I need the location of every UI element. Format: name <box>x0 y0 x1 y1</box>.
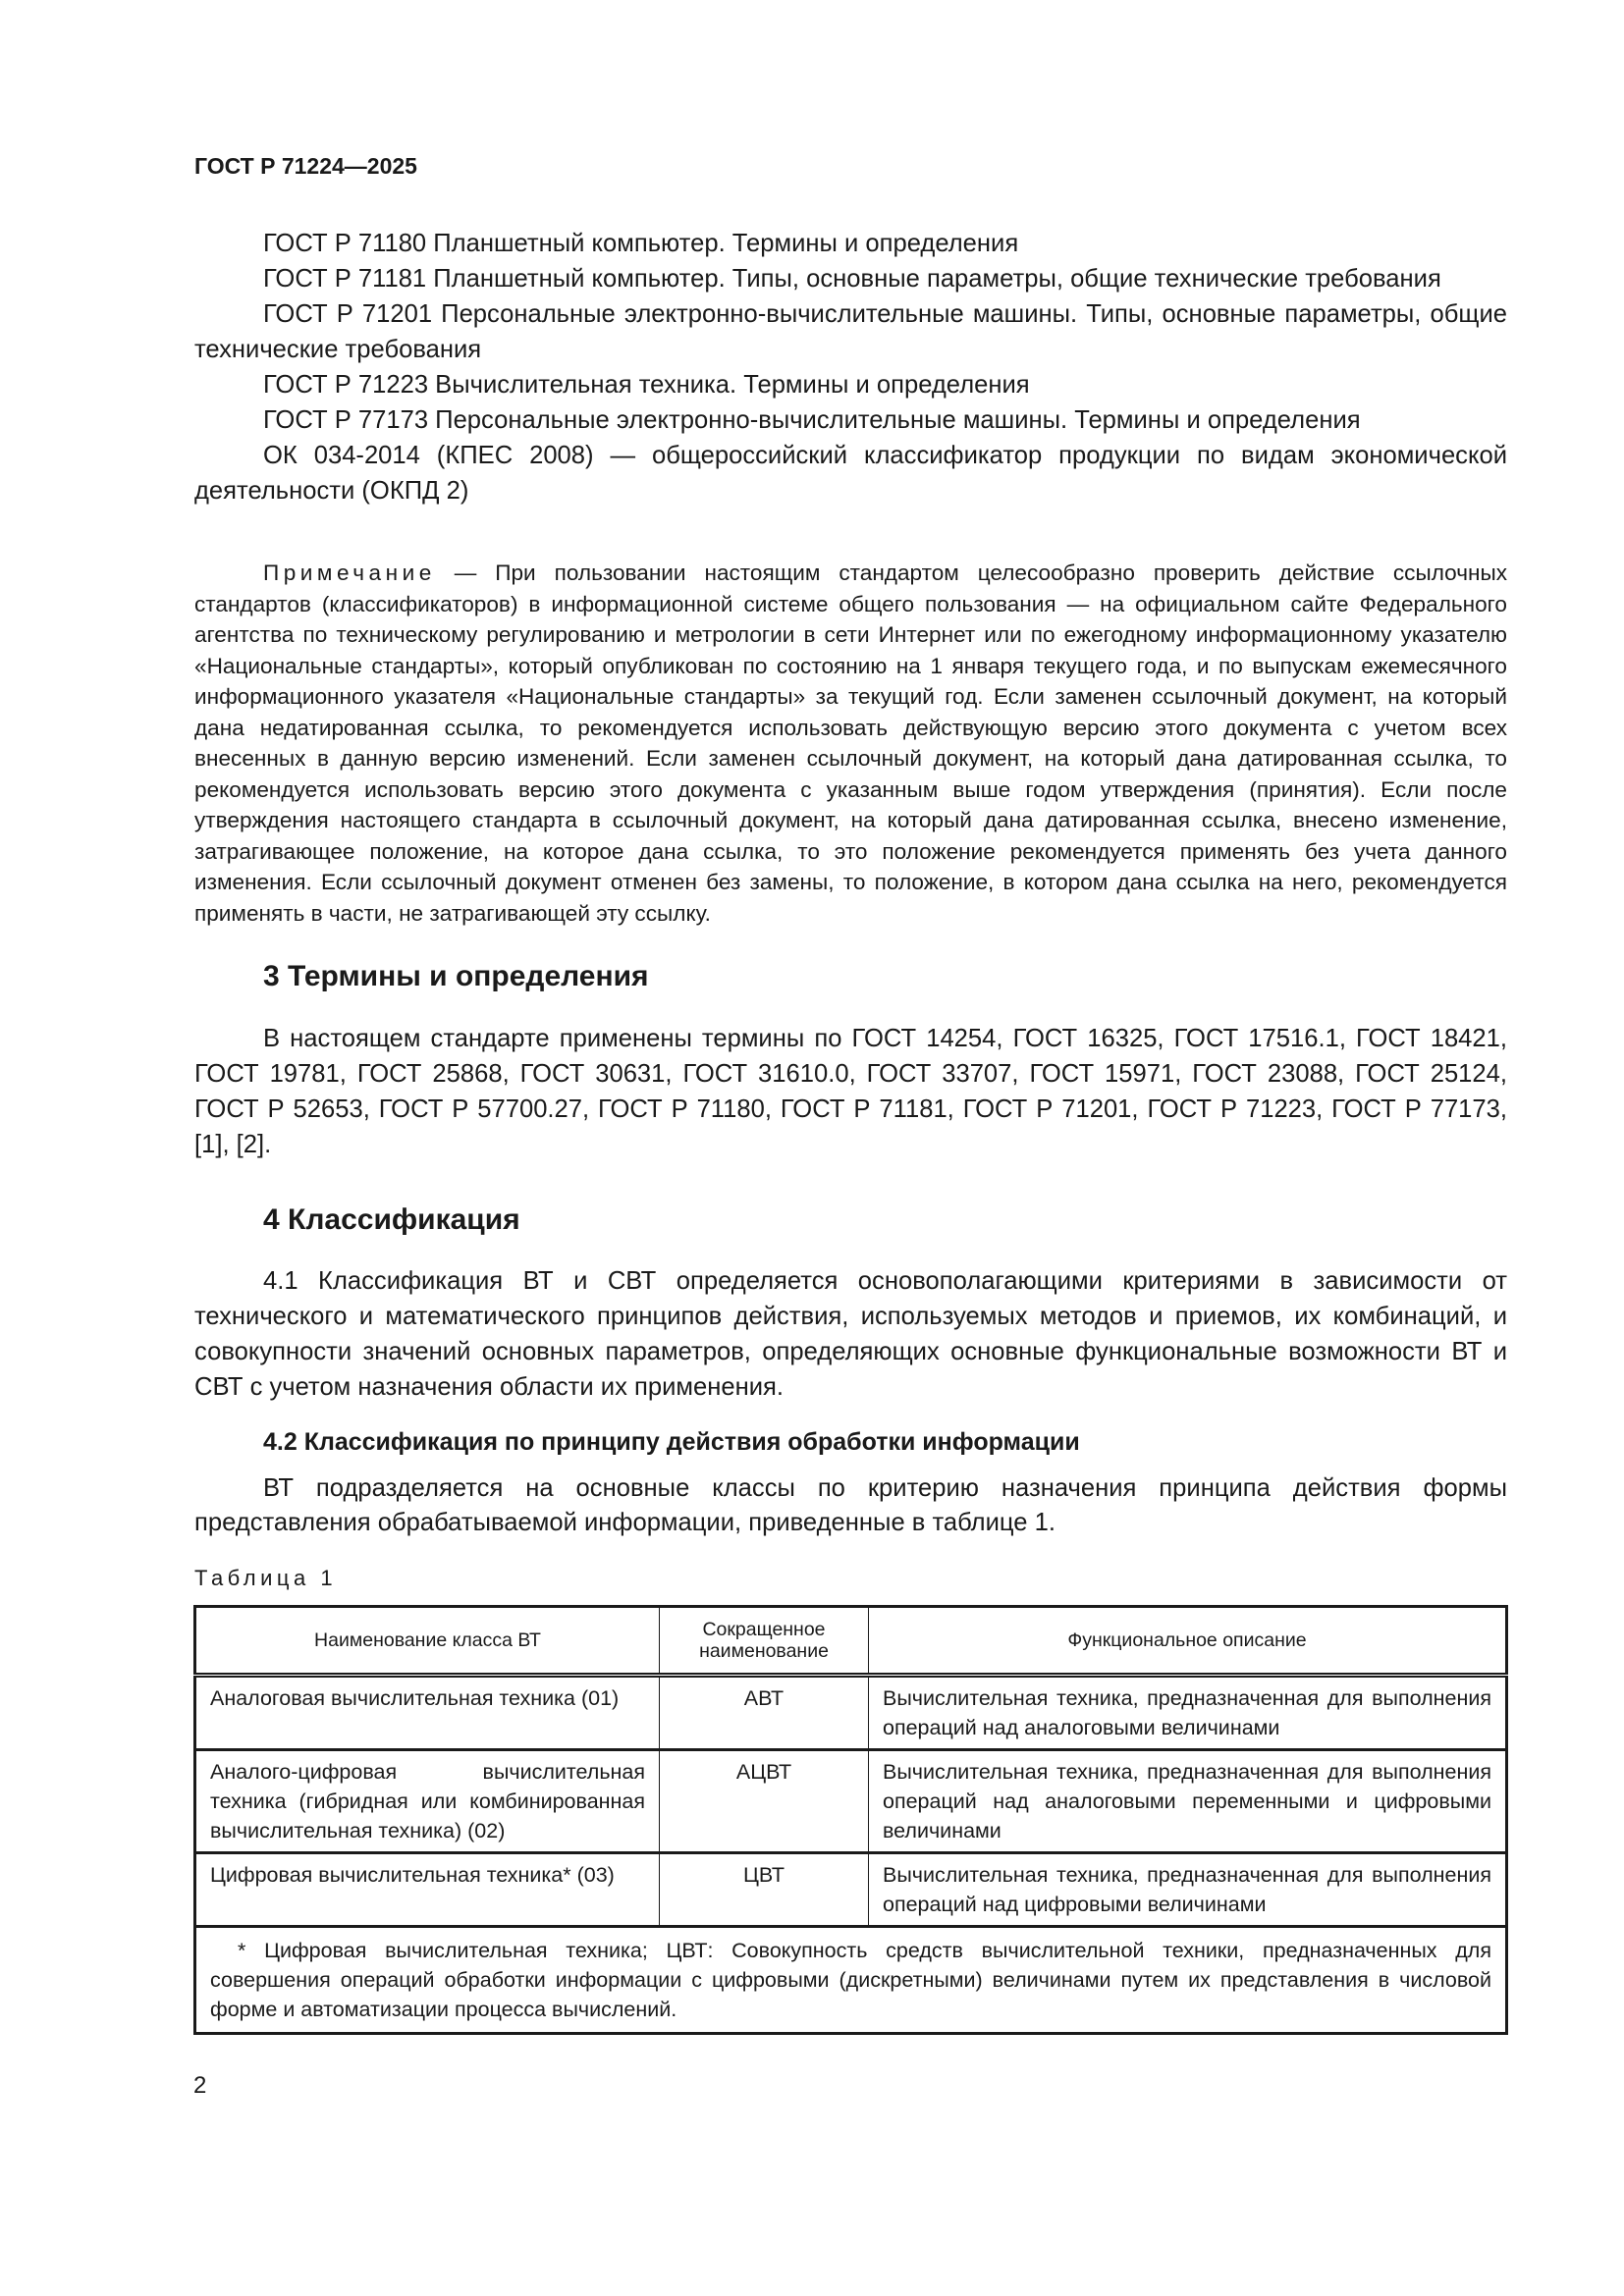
normative-references: ГОСТ Р 71180 Планшетный компьютер. Терми… <box>194 226 1507 508</box>
table-label: Таблица 1 <box>194 1564 337 1593</box>
table-footnote: * Цифровая вычислительная техника; ЦВТ: … <box>195 1927 1507 2034</box>
reference-item: ГОСТ Р 71201 Персональные электронно-выч… <box>194 296 1507 367</box>
reference-item: ГОСТ Р 71223 Вычислительная техника. Тер… <box>194 367 1507 402</box>
note: Примечание — При пользовании настоящим с… <box>194 558 1507 929</box>
note-label: Примечание <box>263 561 436 585</box>
table-row: Цифровая вычислительная техника* (03) ЦВ… <box>195 1853 1507 1927</box>
description-cell: Вычислительная техника, предназначенная … <box>869 1750 1507 1853</box>
reference-item: ОК 034-2014 (КПЕС 2008) — общероссийский… <box>194 438 1507 508</box>
table-row: Аналого-цифровая вычислительная техника … <box>195 1750 1507 1853</box>
page-number: 2 <box>193 2071 206 2101</box>
section-3-paragraph: В настоящем стандарте применены термины … <box>194 1021 1507 1162</box>
reference-item: ГОСТ Р 71180 Планшетный компьютер. Терми… <box>194 226 1507 261</box>
abbreviation-cell: АВТ <box>660 1676 869 1750</box>
column-header-description: Функциональное описание <box>869 1607 1507 1676</box>
column-header-abbreviation: Сокращенное наименование <box>660 1607 869 1676</box>
class-name-cell: Аналого-цифровая вычислительная техника … <box>195 1750 660 1853</box>
section-4-2-text: ВТ подразделяется на основные классы по … <box>194 1471 1507 1540</box>
description-cell: Вычислительная техника, предназначенная … <box>869 1853 1507 1927</box>
section-3-heading: 3 Термины и определения <box>263 959 649 994</box>
abbreviation-cell: АЦВТ <box>660 1750 869 1853</box>
reference-item: ГОСТ Р 77173 Персональные электронно-выч… <box>194 402 1507 438</box>
document-code: ГОСТ Р 71224—2025 <box>194 152 417 180</box>
column-header-class-name: Наименование класса ВТ <box>195 1607 660 1676</box>
section-4-2-paragraph: ВТ подразделяется на основные классы по … <box>194 1471 1507 1540</box>
class-name-cell: Цифровая вычислительная техника* (03) <box>195 1853 660 1927</box>
section-3-text: В настоящем стандарте применены термины … <box>194 1021 1507 1162</box>
reference-item: ГОСТ Р 71181 Планшетный компьютер. Типы,… <box>194 261 1507 296</box>
note-text: — При пользовании настоящим стандартом ц… <box>194 561 1507 926</box>
section-4-1-paragraph: 4.1 Классификация ВТ и СВТ определяется … <box>194 1263 1507 1405</box>
section-4-heading: 4 Классификация <box>263 1202 520 1238</box>
table-row: Аналоговая вычислительная техника (01) А… <box>195 1676 1507 1750</box>
footnote-text: * Цифровая вычислительная техника; ЦВТ: … <box>210 1936 1491 2024</box>
classification-table: Наименование класса ВТ Сокращенное наиме… <box>193 1605 1508 2035</box>
section-4-2-heading: 4.2 Классификация по принципу действия о… <box>263 1425 1080 1459</box>
table-header-row: Наименование класса ВТ Сокращенное наиме… <box>195 1607 1507 1676</box>
description-cell: Вычислительная техника, предназначенная … <box>869 1676 1507 1750</box>
class-name-cell: Аналоговая вычислительная техника (01) <box>195 1676 660 1750</box>
section-4-1-text: 4.1 Классификация ВТ и СВТ определяется … <box>194 1263 1507 1405</box>
table-footnote-row: * Цифровая вычислительная техника; ЦВТ: … <box>195 1927 1507 2034</box>
abbreviation-cell: ЦВТ <box>660 1853 869 1927</box>
